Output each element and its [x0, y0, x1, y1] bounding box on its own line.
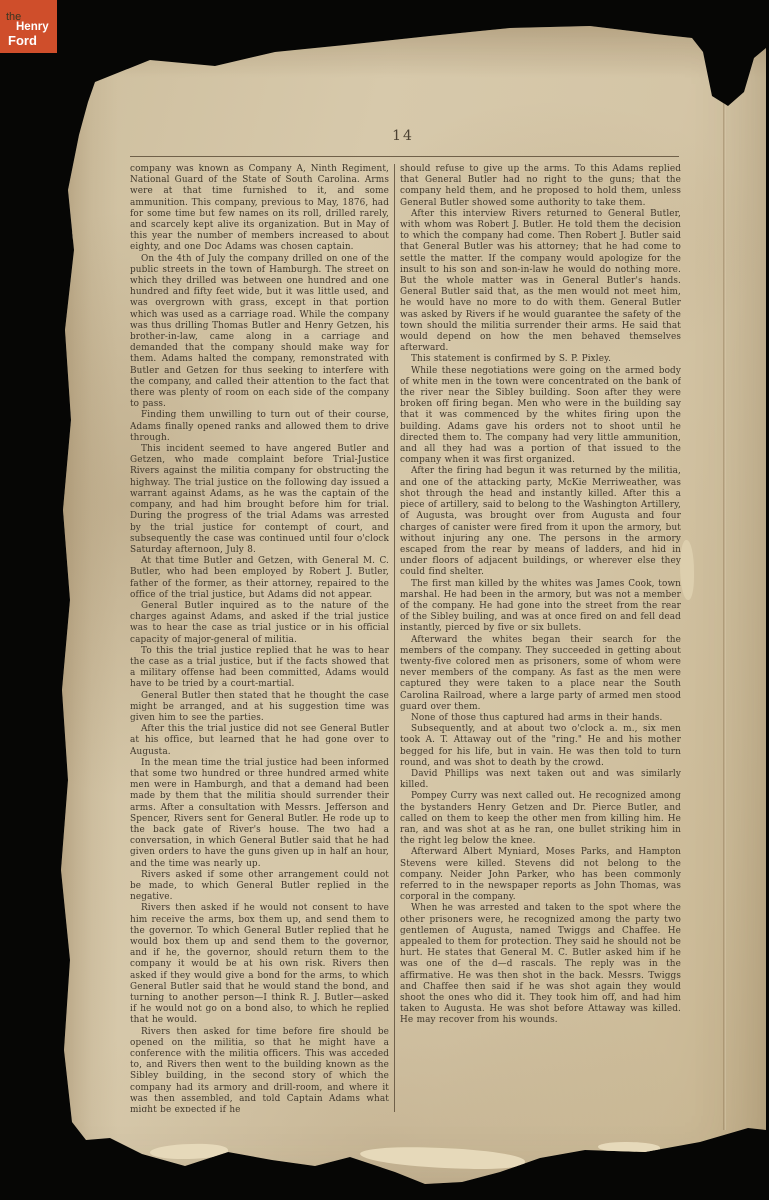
- paragraph: General Butler then stated that he thoug…: [130, 691, 389, 725]
- paragraph: Rivers then asked if he would not consen…: [130, 903, 389, 1026]
- header-rule: [130, 156, 679, 157]
- paragraph: Pompey Curry was next called out. He rec…: [400, 791, 681, 847]
- scanned-page: 14 company was known as Company A, Ninth…: [0, 0, 769, 1200]
- paragraph: On the 4th of July the company drilled o…: [130, 254, 389, 411]
- paragraph: While these negotiations were going on t…: [400, 366, 681, 467]
- left-fold-shadow: [60, 78, 118, 1148]
- two-column-layout: company was known as Company A, Ninth Re…: [130, 164, 682, 1112]
- paragraph: David Phillips was next taken out and wa…: [400, 769, 681, 791]
- column-divider-rule: [394, 164, 395, 1112]
- paragraph: company was known as Company A, Ninth Re…: [130, 164, 389, 254]
- logo-word-ford: Ford: [8, 33, 37, 48]
- henry-ford-logo: the Henry Ford: [0, 0, 57, 53]
- paragraph: This incident seemed to have angered But…: [130, 444, 389, 556]
- text-block: company was known as Company A, Ninth Re…: [130, 156, 682, 1112]
- logo-word-henry: Henry: [16, 21, 49, 33]
- paragraph: To this the trial justice replied that h…: [130, 646, 389, 691]
- paragraph: Subsequently, and at about two o'clock a…: [400, 724, 681, 769]
- torn-edge-chip: [598, 1142, 660, 1153]
- paragraph: After this the trial justice did not see…: [130, 724, 389, 758]
- paragraph: This statement is confirmed by S. P. Pix…: [400, 354, 681, 365]
- paragraph: When he was arrested and taken to the sp…: [400, 903, 681, 1026]
- top-edge-shadow: [88, 26, 768, 78]
- paragraph: Rivers then asked for time before fire s…: [130, 1027, 389, 1112]
- paragraph: should refuse to give up the arms. To th…: [400, 164, 681, 209]
- paragraph: At that time Butler and Getzen, with Gen…: [130, 556, 389, 601]
- paragraph: After the firing had begun it was return…: [400, 466, 681, 578]
- paragraph: None of those thus captured had arms in …: [400, 713, 681, 724]
- paragraph: The first man killed by the whites was J…: [400, 579, 681, 635]
- left-column: company was known as Company A, Ninth Re…: [130, 164, 389, 1112]
- torn-edge-chip: [150, 1142, 229, 1161]
- fold-crease: [723, 100, 726, 1130]
- paragraph: Finding them unwilling to turn out of th…: [130, 410, 389, 444]
- torn-edge-chip: [680, 540, 694, 600]
- paragraph: Afterward the whites began their search …: [400, 635, 681, 713]
- torn-edge-chip: [360, 1145, 526, 1171]
- paragraph: Rivers asked if some other arrangement c…: [130, 870, 389, 904]
- right-column: should refuse to give up the arms. To th…: [400, 164, 681, 1112]
- page-number: 14: [330, 128, 476, 144]
- paragraph: After this interview Rivers returned to …: [400, 209, 681, 355]
- paragraph: In the mean time the trial justice had b…: [130, 758, 389, 870]
- torn-edge-chip: [57, 222, 73, 256]
- paragraph: Afterward Albert Myniard, Moses Parks, a…: [400, 847, 681, 903]
- paragraph: General Butler inquired as to the nature…: [130, 601, 389, 646]
